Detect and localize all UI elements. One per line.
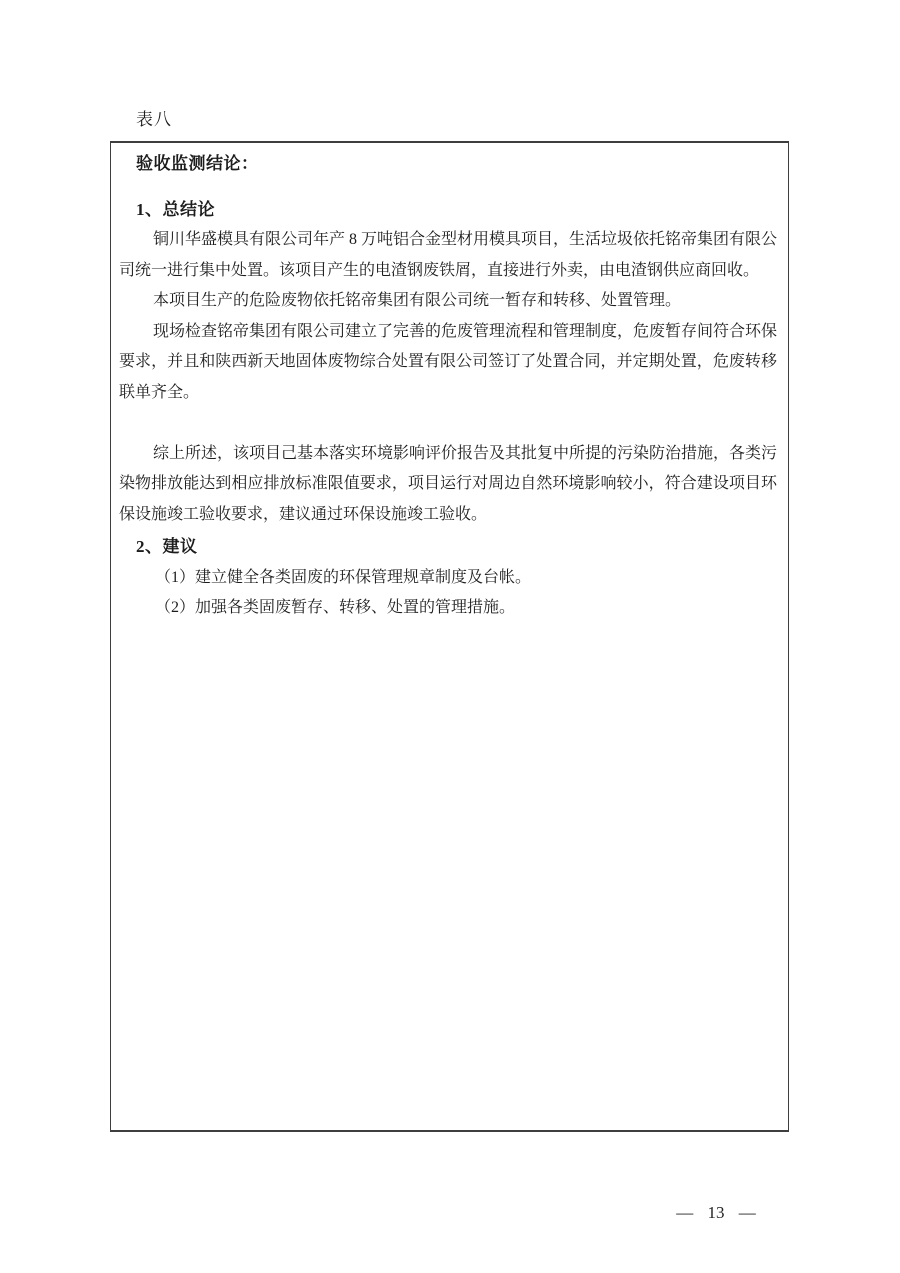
paragraph-line: 联单齐全。 — [119, 378, 777, 409]
page-number: — 13 — — [656, 1202, 776, 1224]
suggestion-item: （1）建立健全各类固废的环保管理规章制度及台帐。 — [119, 563, 777, 594]
panel-content: 验收监测结论： 1、总结论 铜川华盛模具有限公司年产 8 万吨铝合金型材用模具项… — [111, 143, 788, 624]
paragraph-line: 保设施竣工验收要求，建议通过环保设施竣工验收。 — [119, 500, 777, 531]
paragraph-line: 司统一进行集中处置。该项目产生的电渣钢废铁屑，直接进行外卖，由电渣钢供应商回收。 — [119, 256, 777, 287]
section-heading-conclusion: 1、总结论 — [119, 195, 777, 226]
spacer — [119, 408, 777, 439]
conclusion-panel: 验收监测结论： 1、总结论 铜川华盛模具有限公司年产 8 万吨铝合金型材用模具项… — [110, 141, 789, 1132]
paragraph-line: 要求，并且和陕西新天地固体废物综合处置有限公司签订了处置合同，并定期处置，危废转… — [119, 347, 777, 378]
paragraph-line: 染物排放能达到相应排放标准限值要求，项目运行对周边自然环境影响较小，符合建设项目… — [119, 469, 777, 500]
suggestion-item: （2）加强各类固废暂存、转移、处置的管理措施。 — [119, 593, 777, 624]
spacer — [119, 180, 777, 195]
paragraph-line: 综上所述，该项目己基本落实环境影响评价报告及其批复中所提的污染防治措施，各类污 — [119, 439, 777, 470]
paragraph-line: 本项目生产的危险废物依托铭帝集团有限公司统一暂存和转移、处置管理。 — [119, 286, 777, 317]
panel-title: 验收监测结论： — [119, 149, 777, 180]
paragraph-line: 现场检查铭帝集团有限公司建立了完善的危废管理流程和管理制度，危废暂存间符合环保 — [119, 317, 777, 348]
section-heading-suggestions: 2、建议 — [119, 532, 777, 563]
table-label: 表八 — [136, 108, 172, 132]
paragraph-line: 铜川华盛模具有限公司年产 8 万吨铝合金型材用模具项目，生活垃圾依托铭帝集团有限… — [119, 225, 777, 256]
